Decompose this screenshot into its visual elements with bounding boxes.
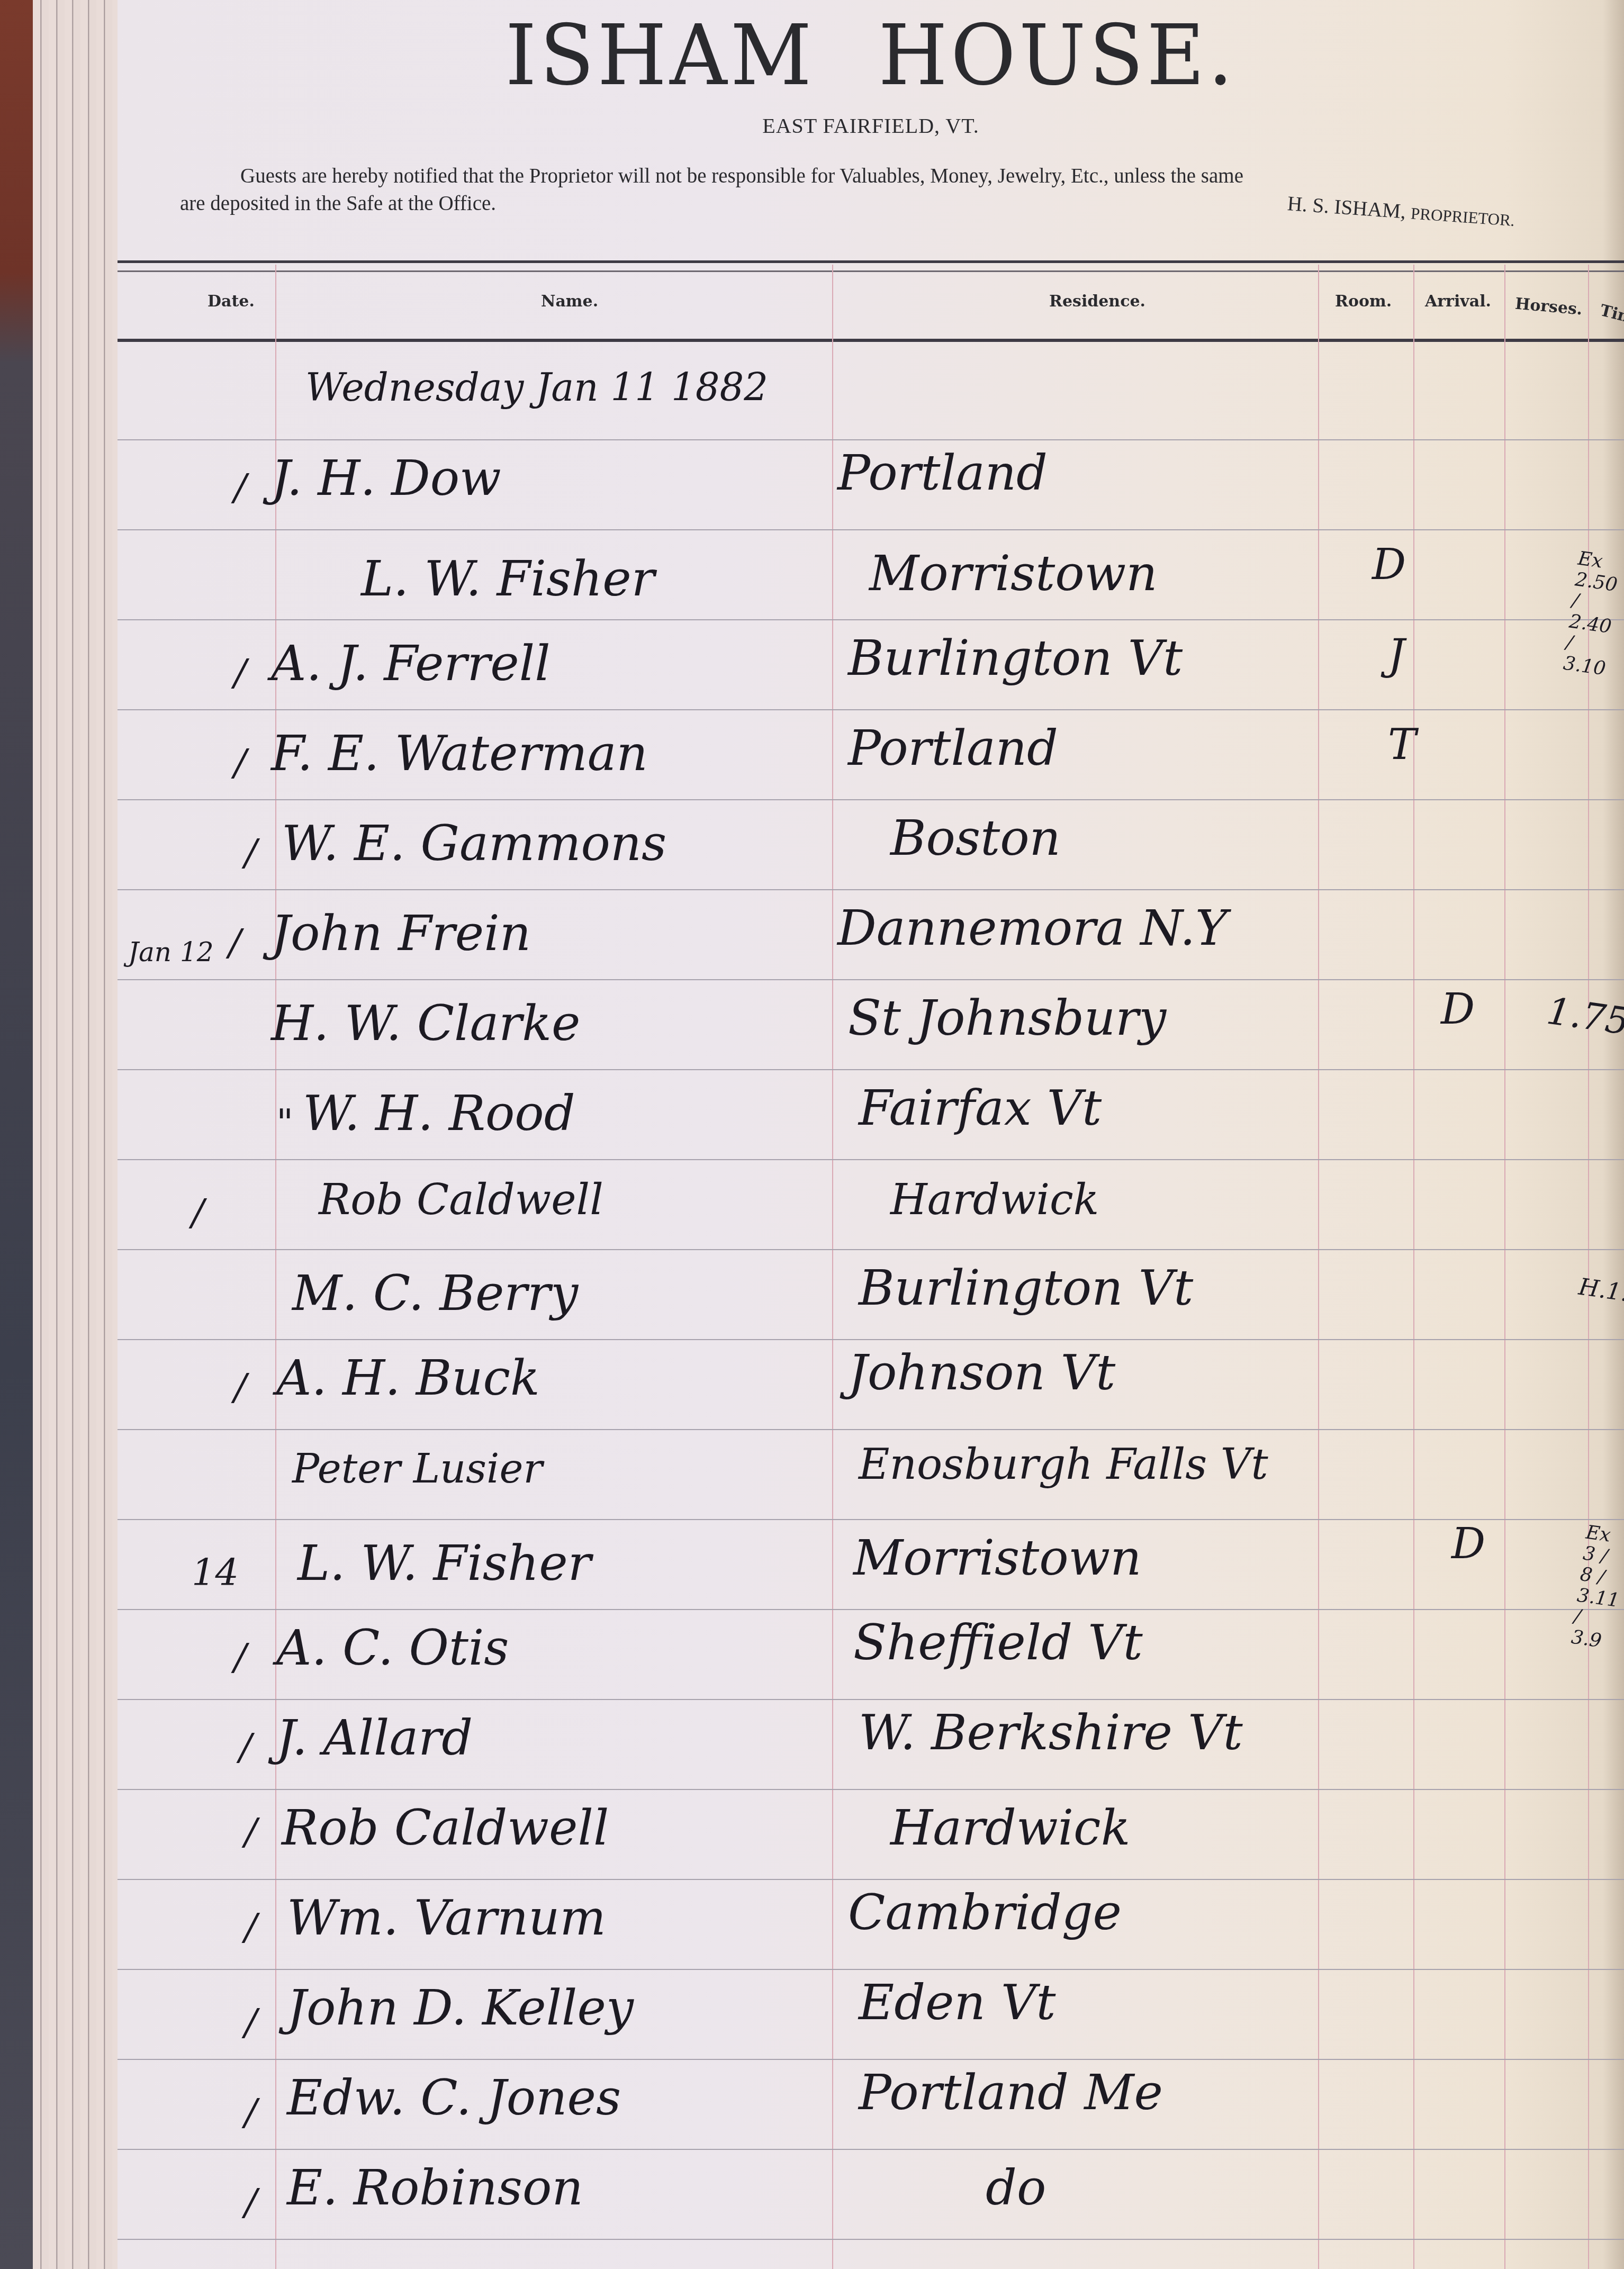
margin-note: H.1.5: [1577, 1277, 1624, 1307]
guest-residence: Burlington Vt: [848, 630, 1183, 686]
column-header-name: Name.: [541, 292, 598, 311]
check-mark: /: [245, 2091, 257, 2134]
column-divider-date: [275, 265, 276, 2269]
guest-name: W. H. Rood: [303, 1085, 575, 1142]
guest-name: Rob Caldwell: [282, 1800, 609, 1856]
ruled-line: [118, 1519, 1624, 1520]
guest-name: L. W. Fisher: [297, 1535, 591, 1592]
column-divider-name: [832, 265, 833, 2269]
guest-name: Rob Caldwell: [319, 1175, 603, 1224]
guest-residence: Portland: [848, 720, 1058, 776]
guest-name: J. Allard: [276, 1710, 473, 1766]
guest-residence: Hardwick: [890, 1800, 1130, 1856]
ruled-line: [118, 1159, 1624, 1160]
ruled-line: [118, 1789, 1624, 1790]
guest-name: L. W. Fisher: [361, 550, 655, 607]
ruled-line: [118, 1429, 1624, 1430]
check-mark: /: [234, 741, 247, 784]
proprietor-signature: H. S. ISHAM, PROPRIETOR.: [1286, 192, 1515, 231]
guest-name: A. J. Ferrell: [271, 635, 551, 692]
guest-residence: Eden Vt: [859, 1974, 1055, 2031]
ruled-line: [118, 1069, 1624, 1070]
hotel-title: ISHAMHOUSE.: [118, 7, 1624, 104]
guest-residence: Johnson Vt: [848, 1344, 1115, 1401]
check-mark: /: [245, 1810, 257, 1854]
check-mark: /: [245, 1905, 257, 1949]
guest-residence: do: [986, 2159, 1046, 2216]
guest-name: Edw. C. Jones: [287, 2069, 621, 2126]
guest-residence: Morristown: [869, 545, 1158, 602]
check-mark: /: [234, 466, 247, 509]
guest-notice-line-1: Guests are hereby notified that the Prop…: [240, 164, 1243, 188]
hotel-location: EAST FAIRFIELD, VT.: [118, 113, 1624, 138]
ruled-line: [118, 1699, 1624, 1700]
guest-residence: Burlington Vt: [859, 1260, 1193, 1316]
guest-notice-line-2: are deposited in the Safe at the Office.: [180, 192, 496, 215]
header-rule-bottom: [118, 339, 1624, 342]
guest-name: A. C. Otis: [276, 1620, 509, 1676]
guest-residence: St Johnsbury: [848, 990, 1166, 1046]
guest-name: J. H. Dow: [271, 450, 501, 507]
room-code: T: [1388, 720, 1416, 769]
room-code: D: [1441, 984, 1475, 1034]
entry-date: Jan 12: [128, 937, 214, 968]
guest-name: A. H. Buck: [276, 1350, 540, 1406]
page-edges: [33, 0, 118, 2269]
ruled-line: [118, 529, 1624, 530]
room-code: J: [1388, 630, 1405, 679]
guest-name: E. Robinson: [287, 2159, 583, 2216]
guest-residence: Morristown: [853, 1530, 1142, 1586]
guest-name: John D. Kelley: [287, 1979, 634, 2036]
book-binding: [0, 0, 33, 2269]
guest-residence: Enosburgh Falls Vt: [859, 1440, 1268, 1489]
guest-residence: Boston: [890, 810, 1061, 866]
ruled-line: [118, 1879, 1624, 1880]
ruled-line: [118, 1609, 1624, 1610]
check-mark: /: [234, 1366, 247, 1409]
check-mark: /: [245, 831, 257, 874]
check-mark: /: [229, 921, 241, 964]
guest-name: John Frein: [271, 905, 531, 962]
check-mark: /: [245, 2181, 257, 2224]
ruled-line: [118, 1249, 1624, 1250]
column-header-time: Time.: [1598, 301, 1624, 331]
guest-residence: Hardwick: [890, 1175, 1099, 1224]
title-word-isham: ISHAM: [506, 7, 815, 104]
header-rule-top: [118, 260, 1624, 272]
day-heading: Wednesday Jan 11 1882: [305, 365, 768, 410]
ruled-line: [118, 979, 1624, 980]
check-mark: /: [234, 651, 247, 694]
guest-name: Peter Lusier: [292, 1445, 543, 1492]
guest-residence: W. Berkshire Vt: [859, 1704, 1243, 1761]
column-header-residence: Residence.: [1049, 292, 1145, 311]
ruled-line: [118, 2059, 1624, 2060]
column-header-arrival: Arrival.: [1425, 292, 1491, 311]
check-mark: /: [234, 1635, 247, 1679]
check-mark: /: [239, 1725, 252, 1769]
room-code: D: [1451, 1519, 1485, 1568]
ruled-line: [118, 709, 1624, 710]
proprietor-name: H. S. ISHAM,: [1287, 192, 1412, 223]
column-divider-residence: [1318, 265, 1319, 2269]
column-divider-room: [1413, 265, 1414, 2269]
guest-name: W. E. Gammons: [282, 815, 666, 872]
ruled-line: [118, 2149, 1624, 2150]
guest-name: Wm. Varnum: [287, 1890, 606, 1946]
ruled-line: [118, 619, 1624, 620]
proprietor-title: PROPRIETOR.: [1410, 204, 1515, 230]
guest-name: F. E. Waterman: [271, 725, 648, 782]
guest-residence: Fairfax Vt: [859, 1080, 1102, 1136]
check-mark: /: [245, 2001, 257, 2044]
guest-residence: Portland: [837, 445, 1048, 501]
column-headers: Date. Name. Residence. Room. Arrival. Ho…: [118, 286, 1624, 328]
entry-date: 14: [192, 1551, 239, 1594]
column-divider-arrival: [1504, 265, 1505, 2269]
column-header-room: Room.: [1335, 292, 1392, 311]
ruled-line: [118, 1339, 1624, 1340]
check-mark: ": [276, 1101, 293, 1144]
ruled-line: [118, 2239, 1624, 2240]
ruled-line: [118, 889, 1624, 890]
ruled-line: [118, 1969, 1624, 1970]
column-header-date: Date.: [207, 292, 255, 311]
title-word-house: HOUSE.: [878, 7, 1236, 104]
guest-name: M. C. Berry: [292, 1265, 578, 1322]
ruled-line: [118, 799, 1624, 800]
guest-residence: Portland Me: [859, 2064, 1163, 2121]
guest-name: H. W. Clarke: [271, 995, 581, 1052]
margin-note: 1.75: [1546, 1000, 1624, 1032]
check-mark: /: [192, 1191, 204, 1234]
guest-residence: Sheffield Vt: [853, 1614, 1143, 1671]
ledger-page: ISHAMHOUSE. EAST FAIRFIELD, VT. Guests a…: [118, 0, 1624, 2269]
room-code: D: [1372, 540, 1406, 589]
column-header-horses: Horses.: [1514, 295, 1583, 319]
ruled-line: [118, 439, 1624, 440]
guest-residence: Cambridge: [848, 1884, 1122, 1941]
guest-residence: Dannemora N.Y: [837, 900, 1228, 956]
